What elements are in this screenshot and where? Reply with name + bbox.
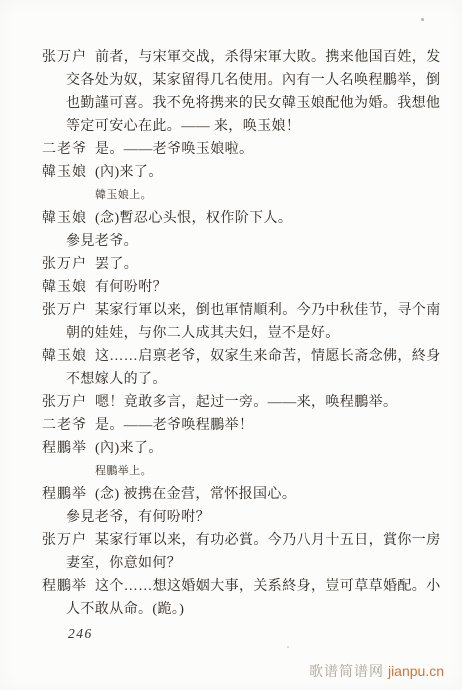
script-line: 也勤謹可喜。我不免将携来的民女韓玉娘配他为婚。我想他 — [0, 92, 462, 115]
dialogue-text: 有何吩咐？ — [95, 280, 167, 295]
stage-direction-text: 韓玉娘上。 — [95, 189, 152, 201]
script-line: 韓玉娘有何吩咐？ — [0, 276, 462, 299]
script-line: 张万户嗯！竟敢多言，起过一旁。——来，唤程鵬举。 — [0, 391, 462, 414]
speaker-name: 张万户 — [42, 46, 95, 69]
script-line: 參見老爷。 — [0, 230, 462, 253]
dialogue-text: (內)来了。 — [95, 165, 163, 180]
stage-direction-line: 程鵬举上。 — [0, 460, 462, 483]
script-line: 韓玉娘(內)来了。 — [0, 161, 462, 184]
speaker-name: 程鵬举 — [42, 575, 95, 598]
dialogue-text: 交各处为奴，某家留得几名使用。內有一人名唤程鵬举，倒 — [66, 73, 440, 88]
script-line: 妻室，你意如何？ — [0, 552, 462, 575]
watermark-site-name: 歌谱简谱网 — [309, 663, 384, 679]
script-line: 等定可安心在此。—— 来，唤玉娘！ — [0, 115, 462, 138]
script-line: 韓玉娘(念)暫忍心头恨，权作阶下人。 — [0, 207, 462, 230]
speaker-name: 张万户 — [42, 299, 95, 322]
scanned-book-page: 张万户前者，与宋軍交战，杀得宋軍大敗。携来他国百姓，发交各处为奴，某家留得几名使… — [0, 0, 462, 690]
dialogue-text: 某家行軍以来，有功必賞。今乃八月十五日，賞你一房 — [95, 533, 441, 548]
script-line: 张万户罢了。 — [0, 253, 462, 276]
script-line: 交各处为奴，某家留得几名使用。內有一人名唤程鵬举，倒 — [0, 69, 462, 92]
dialogue-text: 人不敢从命。(跪。) — [66, 602, 184, 617]
dialogue-text: 是。——老爷唤程鵬举！ — [95, 418, 253, 433]
dialogue-text: 是。——老爷唤玉娘啦。 — [95, 142, 253, 157]
script-text-block: 张万户前者，与宋軍交战，杀得宋軍大敗。携来他国百姓，发交各处为奴，某家留得几名使… — [0, 46, 462, 621]
script-line: 张万户某家行軍以来，有功必賞。今乃八月十五日，賞你一房 — [0, 529, 462, 552]
speaker-name: 张万户 — [42, 391, 95, 414]
speaker-name: 韓玉娘 — [42, 207, 95, 230]
dialogue-text: 这个……想这婚姻大事，关系終身，豈可草草婚配。小 — [95, 579, 441, 594]
dialogue-text: 也勤謹可喜。我不免将携来的民女韓玉娘配他为婚。我想他 — [66, 96, 440, 111]
stage-direction-line: 韓玉娘上。 — [0, 184, 462, 207]
dialogue-text: (內)来了。 — [95, 441, 163, 456]
dialogue-text: 这……启禀老爷，奴家生来命苦，情愿长斋念佛，終身 — [95, 349, 441, 364]
speaker-name: 程鵬举 — [42, 437, 95, 460]
scan-speck — [287, 646, 289, 648]
speaker-name: 程鵬举 — [42, 483, 95, 506]
script-line: 二老爷是。——老爷唤玉娘啦。 — [0, 138, 462, 161]
speaker-name: 二老爷 — [42, 138, 95, 161]
speaker-name: 二老爷 — [42, 414, 95, 437]
script-line: 人不敢从命。(跪。) — [0, 598, 462, 621]
dialogue-text: 朝的娃娃，与你二人成其夫妇，豈不是好。 — [66, 326, 340, 341]
scan-speck — [421, 18, 424, 21]
dialogue-text: 參見老爷，有何吩咐？ — [66, 510, 210, 525]
speaker-name: 张万户 — [42, 529, 95, 552]
script-line: 韓玉娘这……启禀老爷，奴家生来命苦，情愿长斋念佛，終身 — [0, 345, 462, 368]
script-line: 程鵬举(內)来了。 — [0, 437, 462, 460]
speaker-name: 韓玉娘 — [42, 161, 95, 184]
dialogue-text: 等定可安心在此。—— 来，唤玉娘！ — [66, 119, 300, 134]
dialogue-text: 不想嫁人的了。 — [66, 372, 167, 387]
page-number: 246 — [68, 626, 93, 642]
site-watermark: 歌谱简谱网jianpu.cn — [309, 661, 444, 681]
script-line: 张万户前者，与宋軍交战，杀得宋軍大敗。携来他国百姓，发 — [0, 46, 462, 69]
dialogue-text: 某家行軍以来，倒也軍情順利。今乃中秋佳节，寻个南 — [95, 303, 441, 318]
speaker-name: 韓玉娘 — [42, 276, 95, 299]
script-line: 程鵬举这个……想这婚姻大事，关系終身，豈可草草婚配。小 — [0, 575, 462, 598]
script-line: 张万户某家行軍以来，倒也軍情順利。今乃中秋佳节，寻个南 — [0, 299, 462, 322]
dialogue-text: 妻室，你意如何？ — [66, 556, 181, 571]
watermark-site-url: jianpu.cn — [388, 663, 444, 679]
script-line: 朝的娃娃，与你二人成其夫妇，豈不是好。 — [0, 322, 462, 345]
dialogue-text: (念) 被携在金营，常怀报国心。 — [95, 487, 296, 502]
dialogue-text: 前者，与宋軍交战，杀得宋軍大敗。携来他国百姓，发 — [95, 50, 441, 65]
script-line: 程鵬举(念) 被携在金营，常怀报国心。 — [0, 483, 462, 506]
speaker-name: 韓玉娘 — [42, 345, 95, 368]
dialogue-text: (念)暫忍心头恨，权作阶下人。 — [95, 211, 292, 226]
script-line: 參見老爷，有何吩咐？ — [0, 506, 462, 529]
dialogue-text: 參見老爷。 — [66, 234, 138, 249]
script-line: 二老爷是。——老爷唤程鵬举！ — [0, 414, 462, 437]
stage-direction-text: 程鵬举上。 — [95, 465, 152, 477]
speaker-name: 张万户 — [42, 253, 95, 276]
dialogue-text: 罢了。 — [95, 257, 138, 272]
dialogue-text: 嗯！竟敢多言，起过一旁。——来，唤程鵬举。 — [95, 395, 397, 410]
script-line: 不想嫁人的了。 — [0, 368, 462, 391]
